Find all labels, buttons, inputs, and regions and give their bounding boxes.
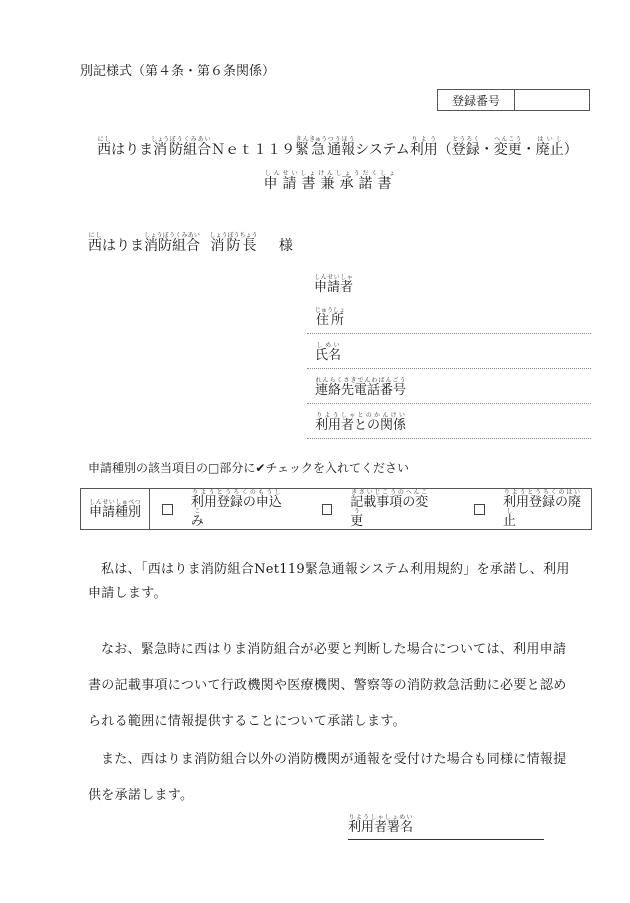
consent-paragraph-3: また、西はりま消防組合以外の消防機関が通報を受付けた場合も同様に情報提供を承諾し… xyxy=(88,742,578,814)
name-field[interactable]: 氏名しめい xyxy=(307,334,591,369)
phone-label: 連絡先電話番号れんらくさきでんわばんごう xyxy=(315,377,406,403)
option-cancel[interactable]: 利用登録の廃止りようとうろくのはいし xyxy=(474,489,591,529)
option-change[interactable]: 記載事項の変更きさいじこうのへんこう xyxy=(322,489,439,529)
consent-paragraph-1: 私は、「西はりま消防組合Net119緊急通報システム利用規約」を承諾し、利用申請… xyxy=(88,558,578,606)
option-apply[interactable]: 利用登録の申込みりようとうろくのもうしこ xyxy=(162,489,291,529)
document-subtitle: 申請書兼承諾書しんせいしょけんしょうだくしょ xyxy=(0,170,630,197)
honorific: 様 xyxy=(279,238,293,254)
registration-number-field[interactable] xyxy=(515,90,589,110)
document-title: 西にしはりま消しょう防ぼう組合くみあいＮｅｔ１１９緊きん急きゅう通報つうほうシス… xyxy=(0,136,630,163)
address-label: 住所じゅうしょ xyxy=(315,307,345,333)
address-field[interactable]: 住所じゅうしょ xyxy=(307,299,591,334)
relationship-field[interactable]: 利用者との関係りようしゃとのかんけい xyxy=(307,404,591,439)
signature-label: 利用者署名りようしゃしょめい xyxy=(348,820,413,835)
relationship-label: 利用者との関係りようしゃとのかんけい xyxy=(315,412,406,438)
applicant-heading: 申請者しんせいしゃ xyxy=(314,274,353,300)
application-type-table: 申請種別しんせいしゅべつ 利用登録の申込みりようとうろくのもうしこ 記載事項の変… xyxy=(80,488,592,530)
phone-field[interactable]: 連絡先電話番号れんらくさきでんわばんごう xyxy=(307,369,591,404)
registration-number-label: 登録番号 xyxy=(438,90,515,110)
addressee-chief: 消防長しょうぼうちょう xyxy=(210,238,256,254)
addressee-org: 西にしはりま消防組合しょうぼうくみあい xyxy=(88,238,200,254)
name-label: 氏名しめい xyxy=(315,342,341,368)
title-line-1: 西にしはりま消しょう防ぼう組合くみあいＮｅｔ１１９緊きん急きゅう通報つうほうシス… xyxy=(52,142,578,158)
application-type-header: 申請種別しんせいしゅべつ xyxy=(81,489,150,529)
checkbox[interactable] xyxy=(162,504,173,515)
consent-paragraph-2: なお、緊急時に西はりま消防組合が必要と判断した場合については、利用申請書の記載事… xyxy=(88,632,578,740)
signature-line[interactable]: 利用者署名りようしゃしょめい xyxy=(348,814,544,840)
form-label: 別記様式（第４条・第６条関係） xyxy=(80,60,275,79)
addressee: 西にしはりま消防組合しょうぼうくみあい 消防長しょうぼうちょう 様 xyxy=(88,232,293,258)
checkbox[interactable] xyxy=(322,504,333,515)
instruction-text: 申請種別の該当項目の□部分に✔チェックを入れてください xyxy=(88,459,409,476)
checkbox[interactable] xyxy=(474,504,485,515)
registration-number-box: 登録番号 xyxy=(437,89,590,111)
